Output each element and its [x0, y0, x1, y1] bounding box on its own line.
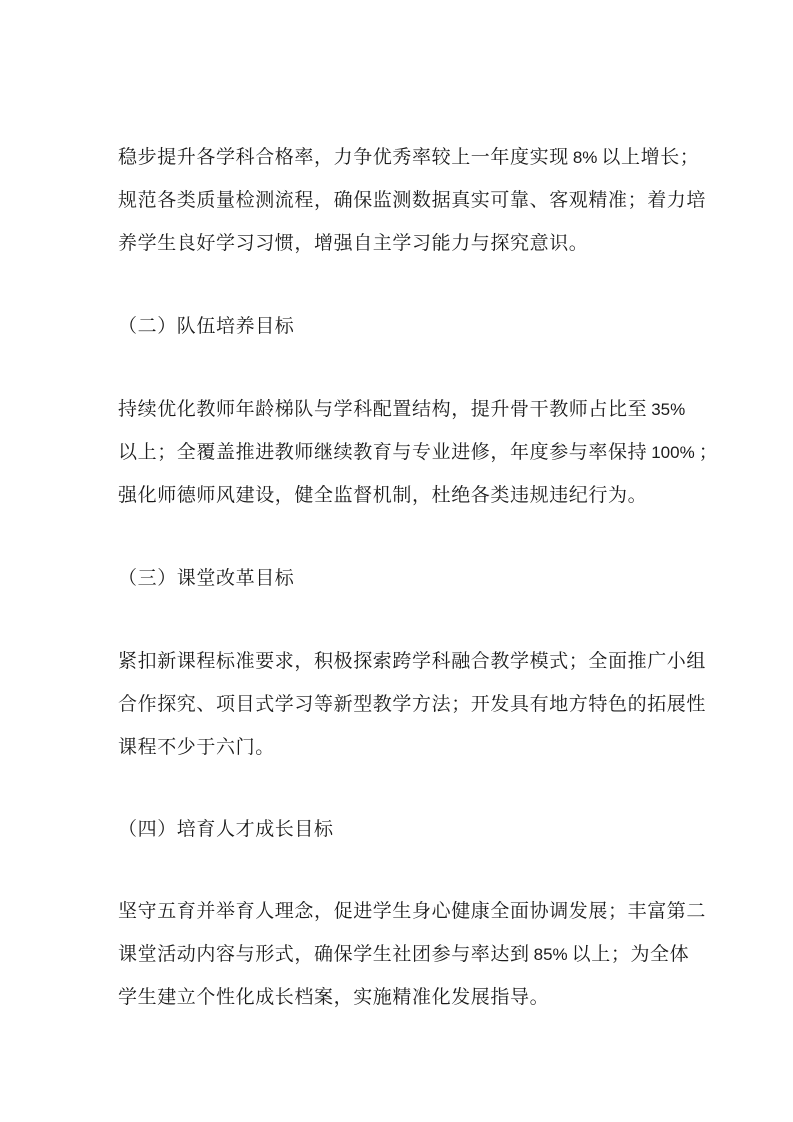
paragraph-line: 学生建立个性化成长档案，实施精准化发展指导。	[118, 985, 549, 1009]
text-segment: 紧扣新课程标准要求，积极探索跨学科融合教学模式；全面推广小组	[118, 650, 706, 672]
text-segment: 强化师德师风建设，健全监督机制，杜绝各类违规违纪行为。	[118, 484, 647, 506]
text-segment: 课堂活动内容与形式，确保学生社团参与率达到	[118, 943, 530, 965]
text-segment: 持续优化教师年龄梯队与学科配置结构，提升骨干教师占比至	[118, 398, 647, 420]
text-segment: 以上；为全体	[572, 943, 690, 965]
paragraph-line: 课程不少于六门。	[118, 735, 275, 759]
paragraph-line: 强化师德师风建设，健全监督机制，杜绝各类违规违纪行为。	[118, 483, 647, 507]
percentage-value: 8%	[569, 148, 602, 167]
percentage-value: 85%	[530, 945, 572, 964]
paragraph-line: 紧扣新课程标准要求，积极探索跨学科融合教学模式；全面推广小组	[118, 649, 706, 673]
paragraph-line: 以上；全覆盖推进教师继续教育与专业进修，年度参与率保持100%；	[118, 440, 718, 465]
text-segment: 合作探究、项目式学习等新型教学方法；开发具有地方特色的拓展性	[118, 693, 706, 715]
paragraph-line: 规范各类质量检测流程，确保监测数据真实可靠、客观精准；着力培	[118, 188, 706, 212]
section-heading-team-training: （二）队伍培养目标	[118, 314, 294, 338]
text-segment: 坚守五育并举育人理念，促进学生身心健康全面协调发展；丰富第二	[118, 900, 706, 922]
paragraph-line: 养学生良好学习习惯，增强自主学习能力与探究意识。	[118, 231, 588, 255]
paragraph-line: 坚守五育并举育人理念，促进学生身心健康全面协调发展；丰富第二	[118, 899, 706, 923]
text-segment: 以上；全覆盖推进教师继续教育与专业进修，年度参与率保持	[118, 441, 647, 463]
text-segment: 养学生良好学习习惯，增强自主学习能力与探究意识。	[118, 232, 588, 254]
text-segment: 稳步提升各学科合格率，力争优秀率较上一年度实现	[118, 146, 569, 168]
paragraph-line: 课堂活动内容与形式，确保学生社团参与率达到85%以上；为全体	[118, 942, 689, 967]
text-segment: 规范各类质量检测流程，确保监测数据真实可靠、客观精准；着力培	[118, 189, 706, 211]
text-segment: 学生建立个性化成长档案，实施精准化发展指导。	[118, 986, 549, 1008]
paragraph-line: 持续优化教师年龄梯队与学科配置结构，提升骨干教师占比至35%	[118, 397, 689, 422]
section-heading-talent-growth: （四）培育人才成长目标	[118, 817, 334, 841]
percentage-value: 100%	[647, 443, 698, 462]
text-segment: 以上增长；	[601, 146, 699, 168]
text-segment: 课程不少于六门。	[118, 736, 275, 758]
percentage-value: 35%	[647, 400, 689, 419]
section-heading-classroom-reform: （三）课堂改革目标	[118, 566, 294, 590]
text-segment: ；	[699, 441, 719, 463]
paragraph-line: 稳步提升各学科合格率，力争优秀率较上一年度实现8%以上增长；	[118, 145, 699, 170]
paragraph-line: 合作探究、项目式学习等新型教学方法；开发具有地方特色的拓展性	[118, 692, 706, 716]
